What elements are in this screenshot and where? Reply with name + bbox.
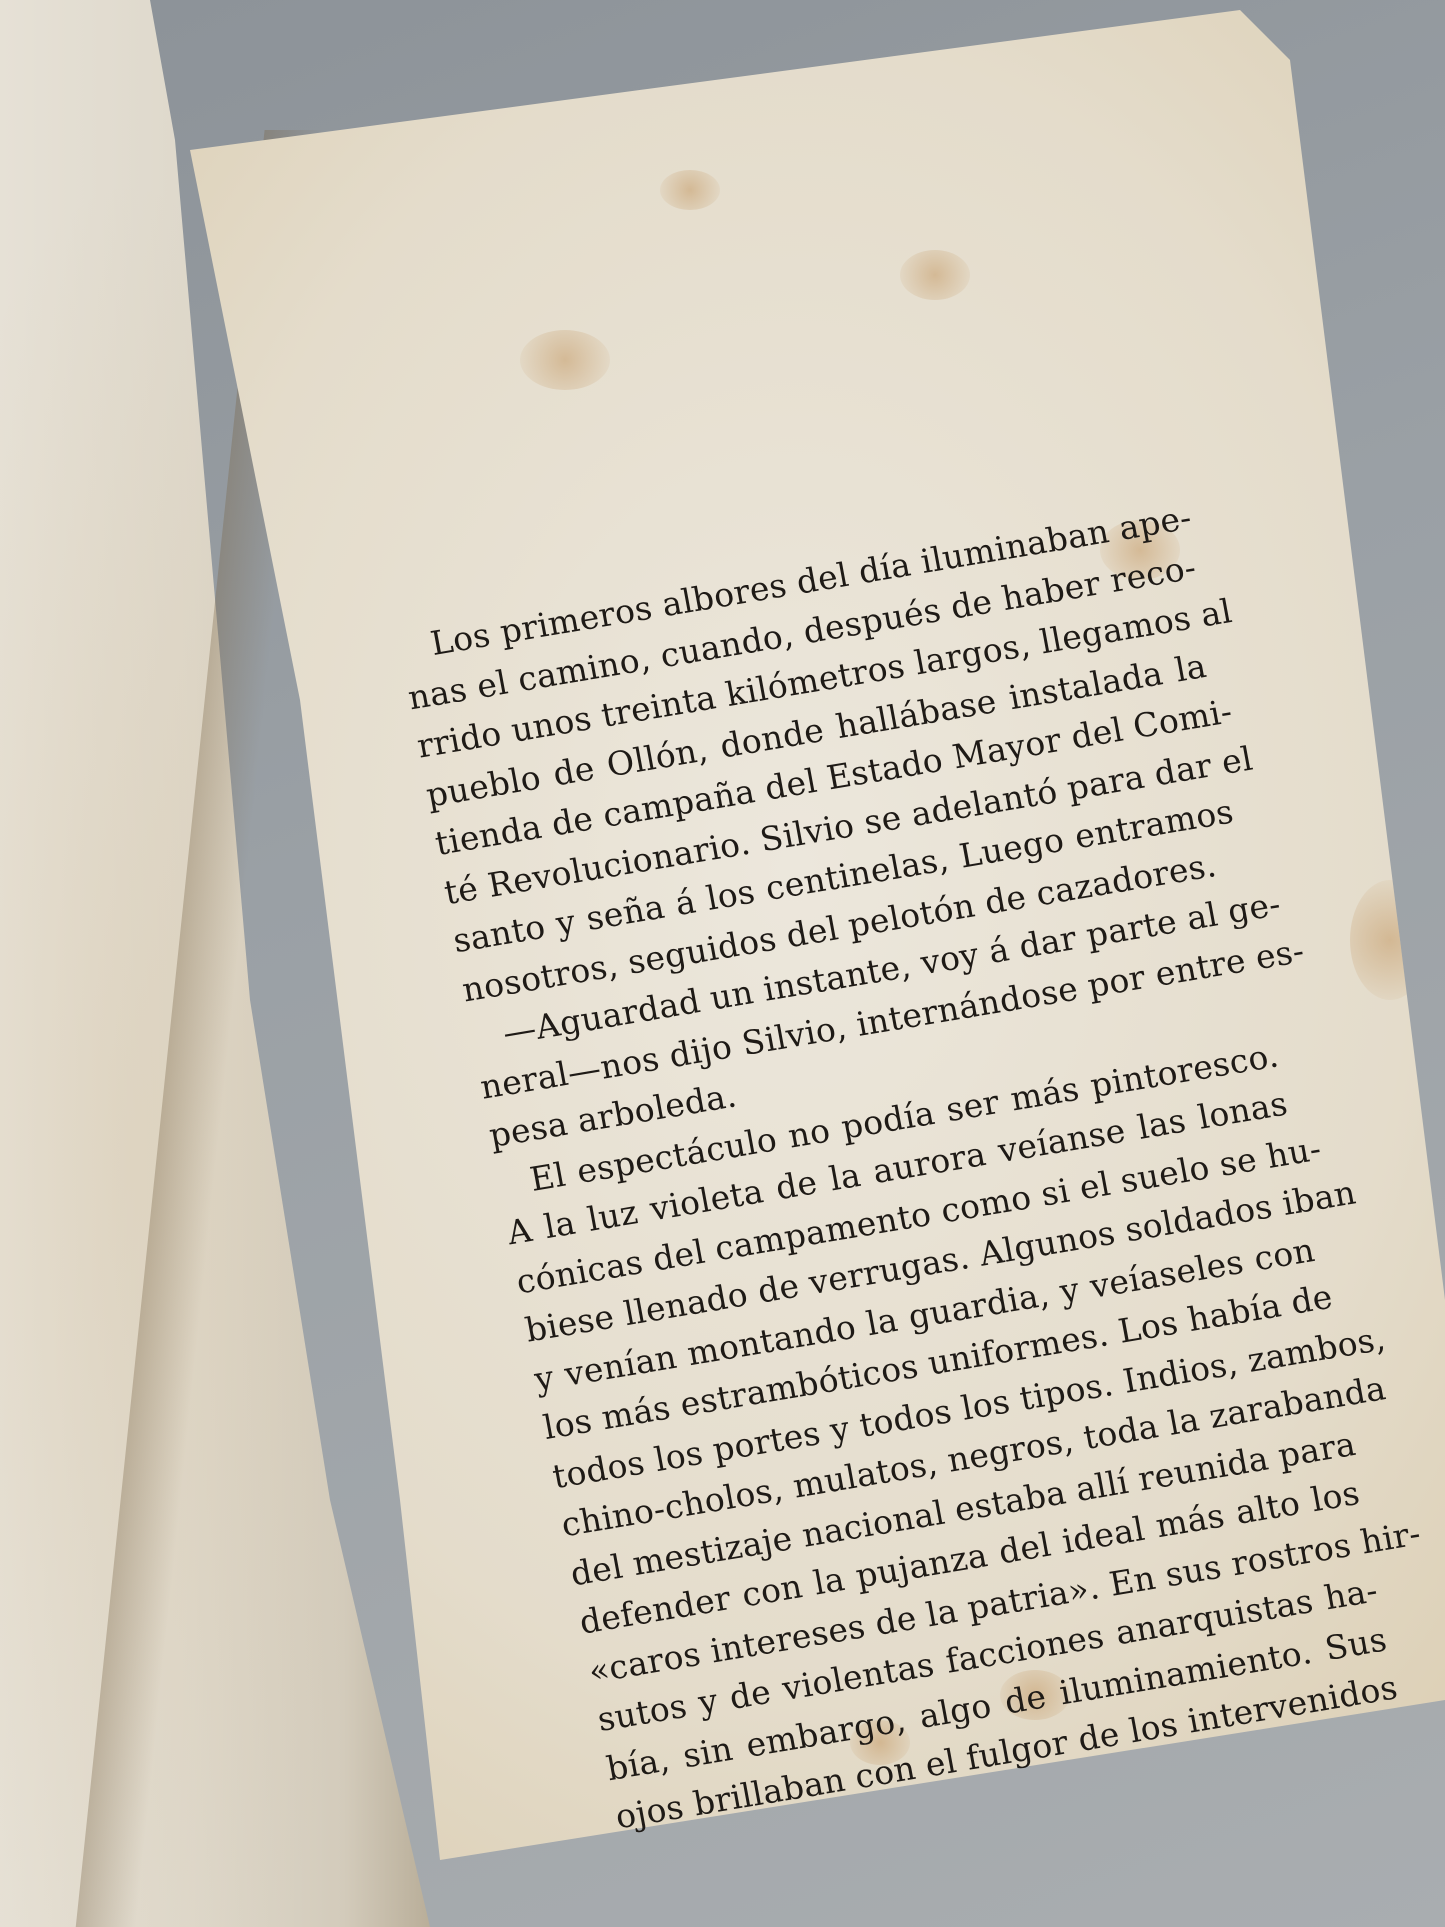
foxing-stain — [660, 170, 720, 210]
paragraph-3: El espectáculo no podía ser más pintores… — [494, 1030, 1400, 1842]
foxing-stain — [900, 250, 970, 300]
foxing-stain — [520, 330, 610, 390]
